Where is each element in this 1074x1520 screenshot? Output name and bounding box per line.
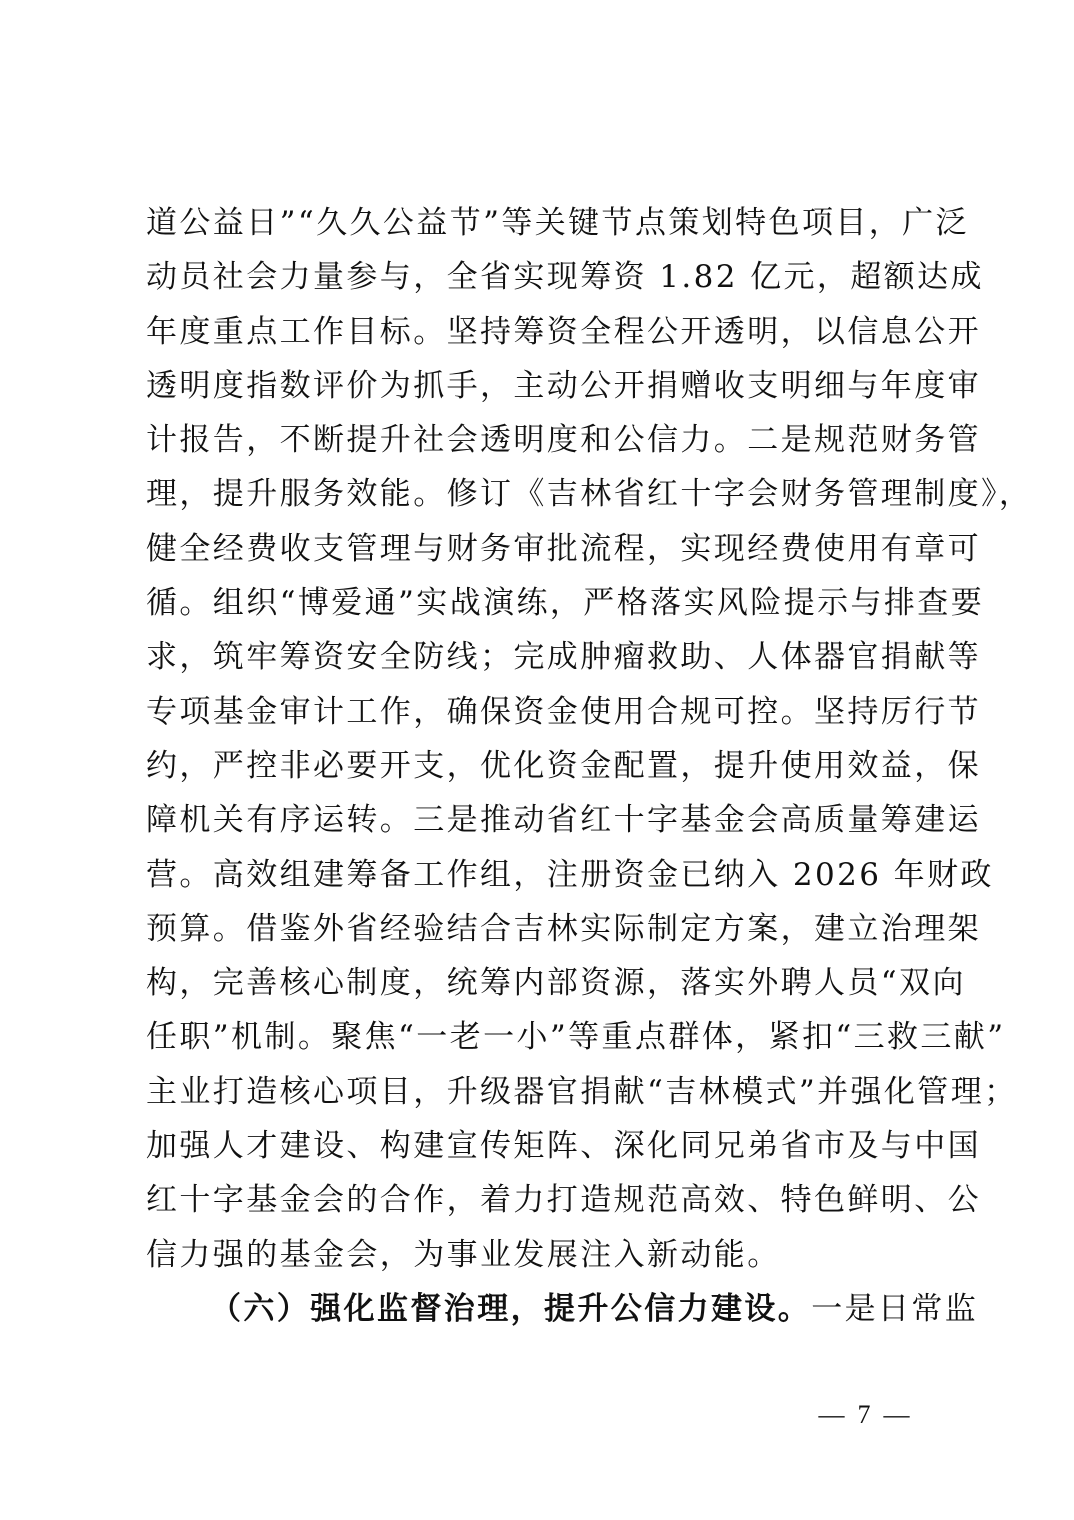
section-heading-title: （六）强化监督治理，提升公信力建设。 — [210, 1291, 811, 1327]
text-line: 计报告，不断提升社会透明度和公信力。二是规范财务管 — [146, 413, 946, 467]
text-line: 循。组织“博爱通”实战演练，严格落实风险提示与排查要 — [146, 576, 946, 630]
page-number: — 7 — — [804, 1400, 924, 1430]
text-line: 理，提升服务效能。修订《吉林省红十字会财务管理制度》， — [146, 467, 946, 521]
text-line: 专项基金审计工作，确保资金使用合规可控。坚持厉行节 — [146, 685, 946, 739]
text-line: 动员社会力量参与，全省实现筹资 1.82 亿元，超额达成 — [146, 250, 946, 304]
text-line: 约，严控非必要开支，优化资金配置，提升使用效益，保 — [146, 739, 946, 793]
section-heading-continuation: 一是日常监 — [811, 1291, 978, 1327]
text-line: 预算。借鉴外省经验结合吉林实际制定方案，建立治理架 — [146, 902, 946, 956]
section-heading: （六）强化监督治理，提升公信力建设。一是日常监 — [146, 1282, 946, 1336]
text-line: 道公益日”“久久公益节”等关键节点策划特色项目，广泛 — [146, 196, 946, 250]
text-line: 加强人才建设、构建宣传矩阵、深化同兄弟省市及与中国 — [146, 1119, 946, 1173]
text-line: 任职”机制。聚焦“一老一小”等重点群体，紧扣“三救三献” — [146, 1010, 946, 1064]
document-page: 道公益日”“久久公益节”等关键节点策划特色项目，广泛 动员社会力量参与，全省实现… — [0, 0, 1074, 1520]
text-line: 透明度指数评价为抓手，主动公开捐赠收支明细与年度审 — [146, 359, 946, 413]
text-line: 红十字基金会的合作，着力打造规范高效、特色鲜明、公 — [146, 1173, 946, 1227]
text-line: 求，筑牢筹资安全防线；完成肿瘤救助、人体器官捐献等 — [146, 630, 946, 684]
text-line: 信力强的基金会，为事业发展注入新动能。 — [146, 1228, 946, 1282]
text-line: 主业打造核心项目，升级器官捐献“吉林模式”并强化管理； — [146, 1065, 946, 1119]
text-line: 障机关有序运转。三是推动省红十字基金会高质量筹建运 — [146, 793, 946, 847]
text-line: 健全经费收支管理与财务审批流程，实现经费使用有章可 — [146, 522, 946, 576]
body-text: 道公益日”“久久公益节”等关键节点策划特色项目，广泛 动员社会力量参与，全省实现… — [146, 196, 946, 1336]
text-line: 年度重点工作目标。坚持筹资全程公开透明，以信息公开 — [146, 305, 946, 359]
text-line: 构，完善核心制度，统筹内部资源，落实外聘人员“双向 — [146, 956, 946, 1010]
text-line: 营。高效组建筹备工作组，注册资金已纳入 2026 年财政 — [146, 848, 946, 902]
